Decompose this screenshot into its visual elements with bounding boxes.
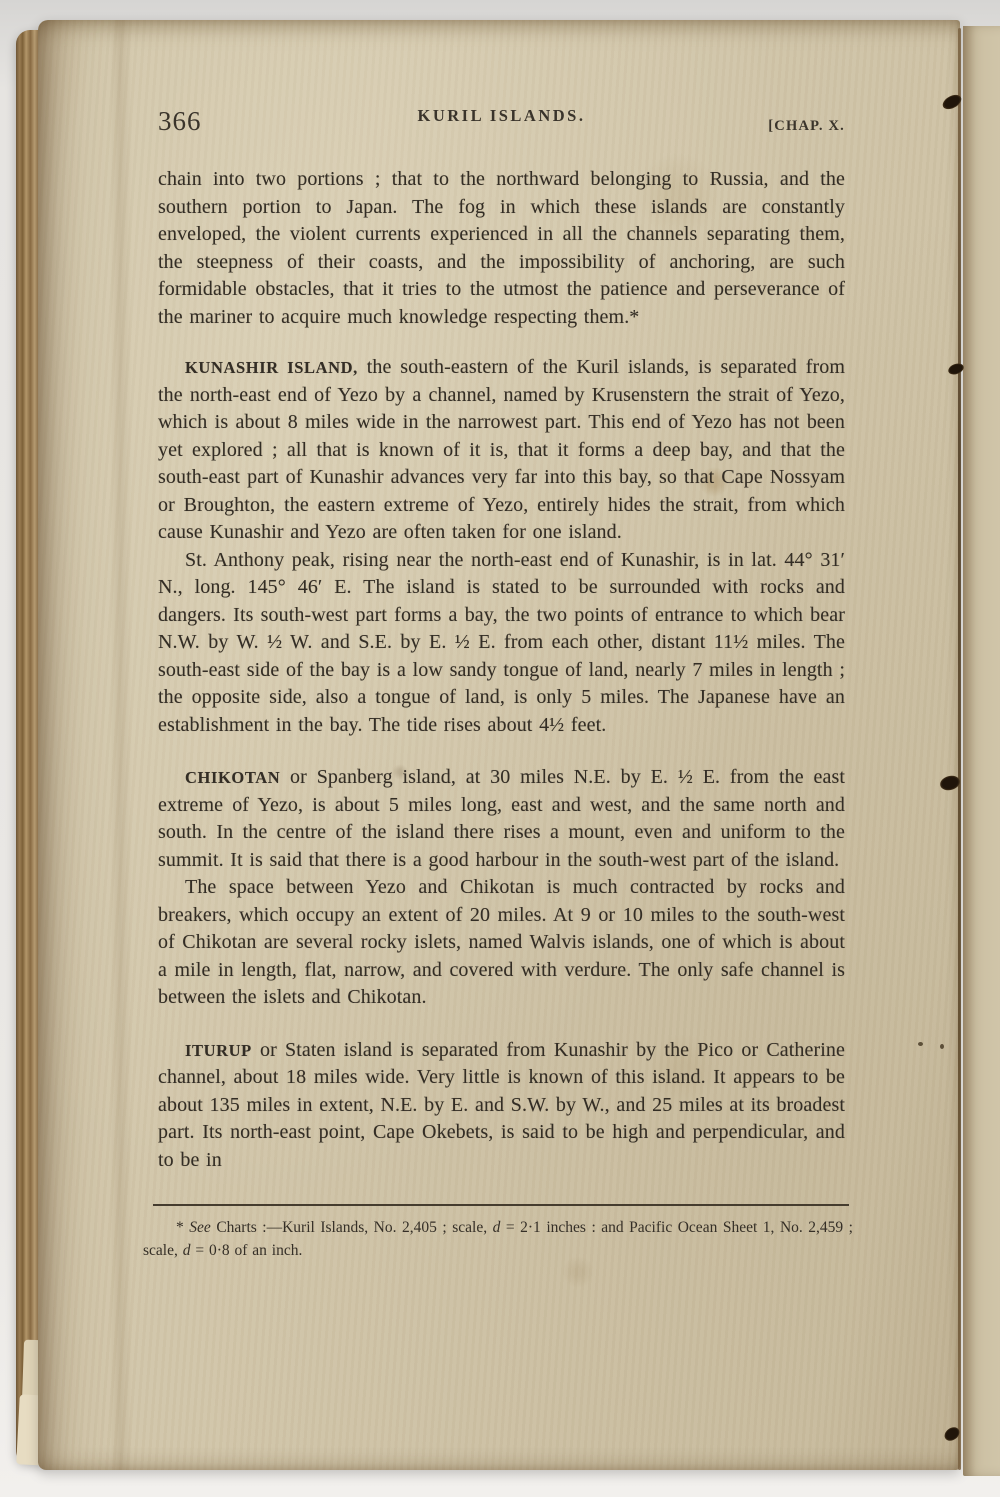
footnote-see: See [189, 1219, 211, 1236]
page-content: 366 KURIL ISLANDS. [CHAP. X. chain into … [38, 20, 960, 1262]
paragraph-chikotan: CHIKOTAN or Spanberg island, at 30 miles… [158, 764, 845, 874]
paragraph-iturup: ITURUP or Staten island is separated fro… [158, 1037, 845, 1175]
footnote-marker: * [176, 1219, 184, 1236]
running-title: KURIL ISLANDS. [158, 106, 845, 126]
ink-speck [918, 1042, 923, 1046]
paragraph-chain-continuation: chain into two portions ; that to the no… [158, 166, 845, 331]
paragraph-text: chain into two portions ; that to the no… [158, 168, 845, 328]
ink-speck [940, 1044, 944, 1049]
paragraph-text: The space between Yezo and Chikotan is m… [158, 876, 845, 1008]
footnote-text: = 0·8 of an inch. [190, 1242, 302, 1259]
paragraph-text: St. Anthony peak, rising near the north-… [158, 549, 845, 736]
binding-gutter [958, 28, 961, 1470]
paragraph-kunashir-island: KUNASHIR ISLAND, the south-eastern of th… [158, 354, 845, 547]
paragraph-st-anthony-peak: St. Anthony peak, rising near the north-… [158, 547, 845, 740]
adjacent-page-edge [963, 26, 1000, 1476]
paragraph-space-between: The space between Yezo and Chikotan is m… [158, 874, 845, 1012]
book-scan: 366 KURIL ISLANDS. [CHAP. X. chain into … [0, 0, 1000, 1497]
paragraph-text: the south-eastern of the Kuril islands, … [158, 356, 845, 543]
page-header: 366 KURIL ISLANDS. [CHAP. X. [158, 106, 845, 137]
paragraph-text: or Staten island is separated from Kunas… [158, 1039, 845, 1171]
section-lead-kunashir: KUNASHIR ISLAND, [185, 358, 358, 377]
footnote-text: Charts :—Kuril Islands, No. 2,405 ; scal… [211, 1219, 493, 1236]
footnote-rule [153, 1204, 849, 1206]
section-lead-chikotan: CHIKOTAN [185, 768, 280, 787]
book-page: 366 KURIL ISLANDS. [CHAP. X. chain into … [38, 20, 960, 1470]
section-lead-iturup: ITURUP [185, 1041, 252, 1060]
footnote: * See Charts :—Kuril Islands, No. 2,405 … [143, 1217, 853, 1262]
